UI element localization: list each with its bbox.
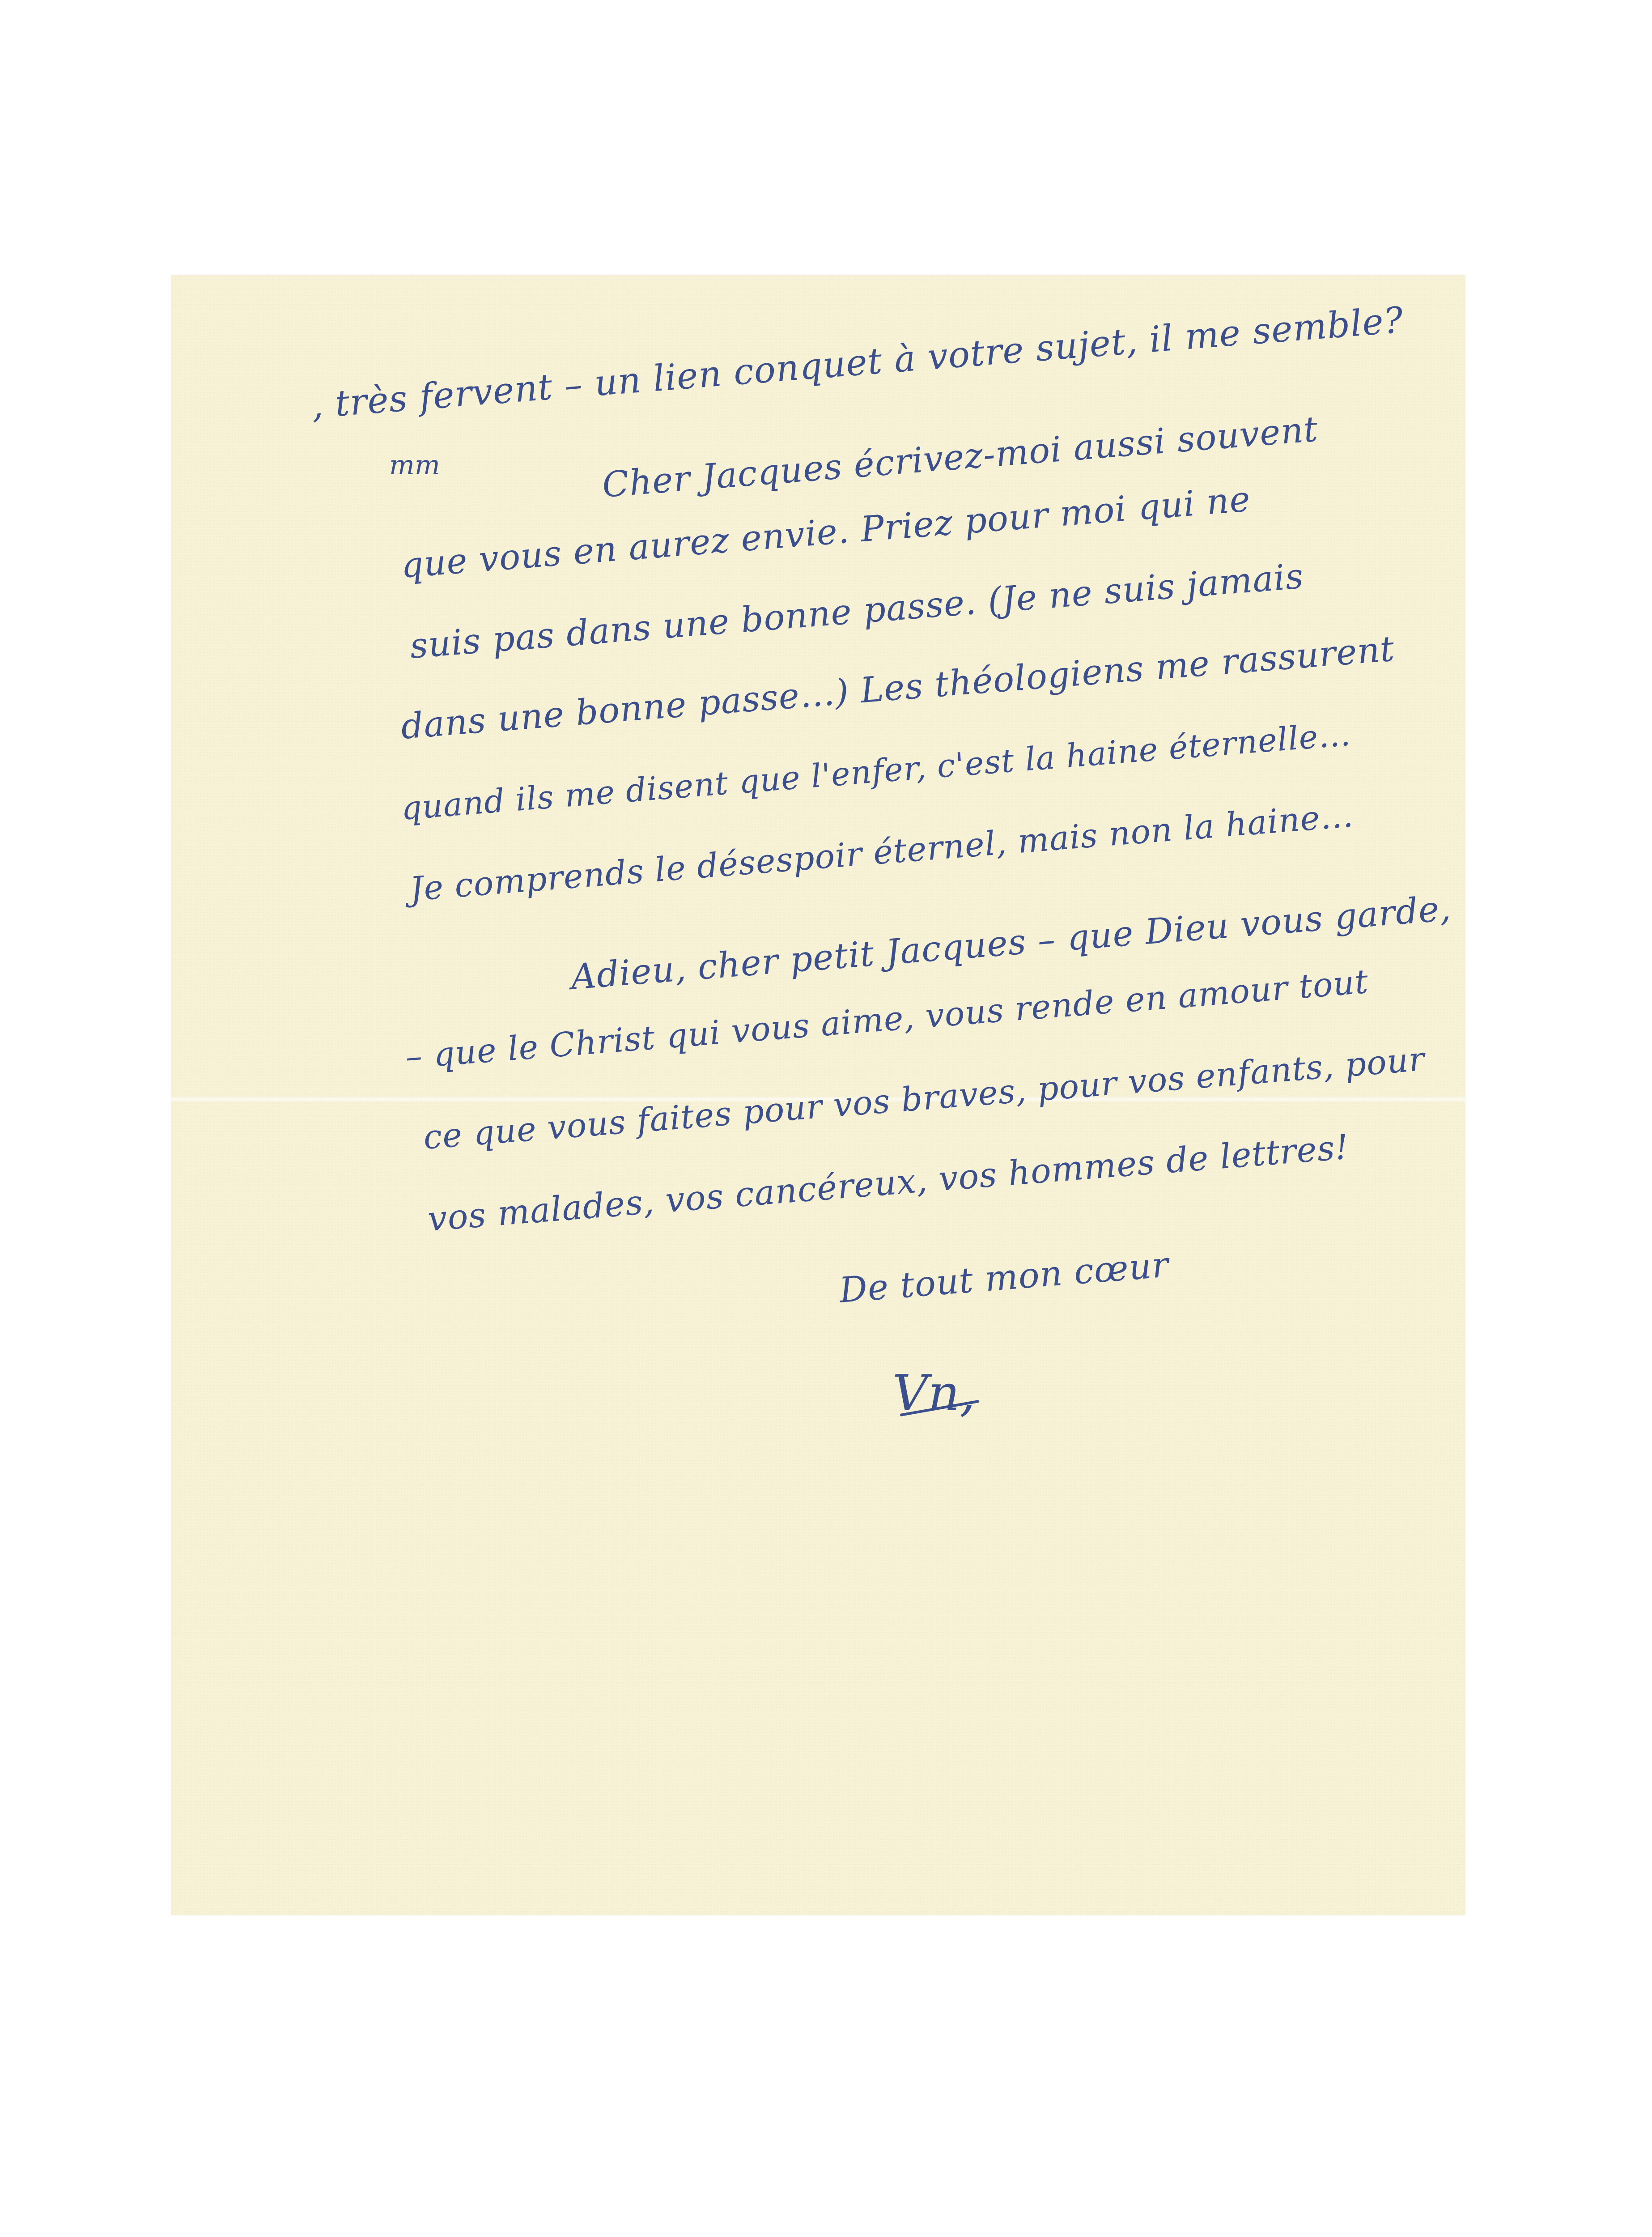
margin-mark: mm: [389, 450, 440, 481]
